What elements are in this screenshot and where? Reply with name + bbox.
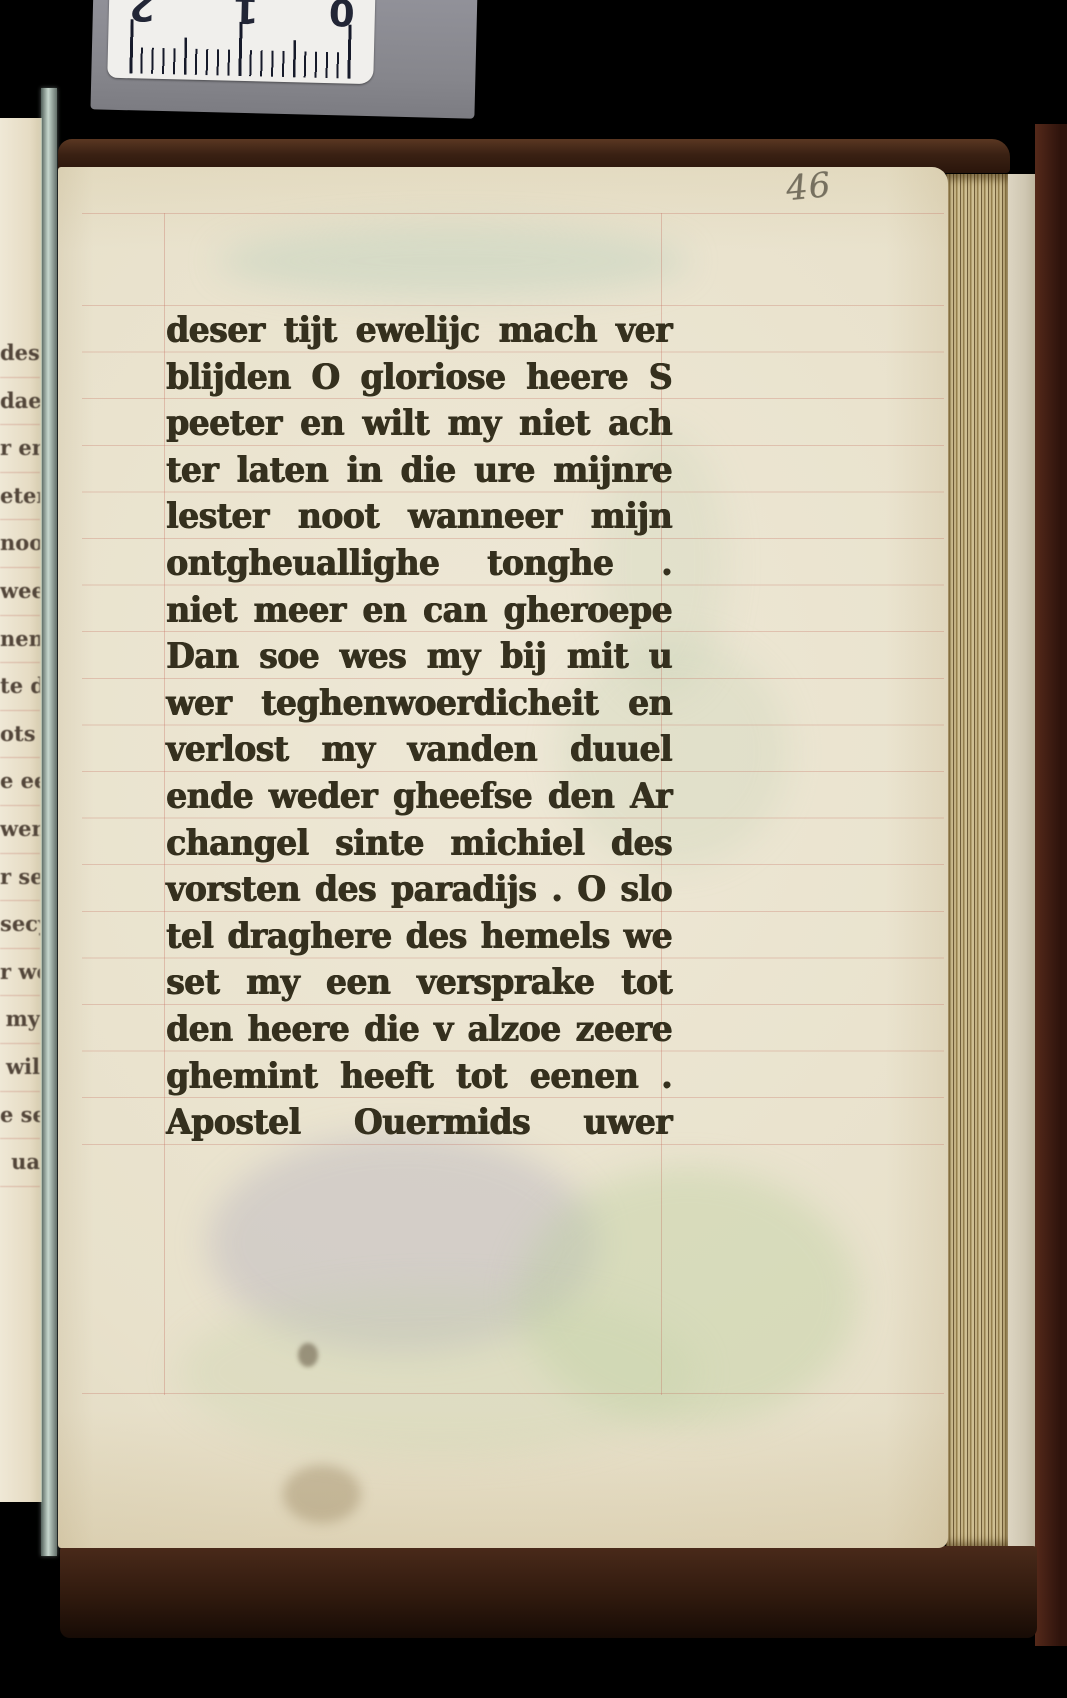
- ruler-ticks: [129, 15, 358, 79]
- ruler-ticks-cm: [129, 19, 358, 79]
- fragment: e se: [0, 1092, 40, 1140]
- script-line: peeter en wilt my niet ach: [166, 400, 672, 448]
- ink-smudge: [298, 1343, 318, 1367]
- fragment: te dye: [0, 663, 40, 711]
- script-line: changel sinte michiel des: [166, 820, 672, 868]
- glass-clamp-strip: [41, 88, 57, 1556]
- book-cover-right-edge: [1035, 124, 1067, 1646]
- script-line: ende weder gheefse den Ar: [166, 773, 672, 821]
- show-through-stain: [178, 1287, 698, 1457]
- fragment: daer m: [0, 378, 40, 426]
- fragment: r ende: [0, 425, 40, 473]
- script-line: deser tijt ewelijc mach ver: [166, 307, 672, 355]
- script-line: lester noot wanneer mijn: [166, 493, 672, 541]
- facing-page-edge: des fi daer m r ende eten . noode weer n…: [0, 118, 42, 1502]
- fragment: des fi: [0, 330, 40, 378]
- script-line: Apostel Ouermids uwer: [166, 1099, 672, 1147]
- folio-number: 46: [784, 165, 833, 210]
- manuscript-photo: 2 1 0 des fi daer m r ende eten . noode …: [0, 0, 1067, 1698]
- script-line: blijden O gloriose heere S: [166, 354, 672, 402]
- script-line: niet meer en can gheroepe: [166, 587, 672, 635]
- calibration-card: 2 1 0: [90, 0, 477, 119]
- stain: [283, 1465, 361, 1523]
- text-block: deser tijt ewelijc mach ver blijden O gl…: [166, 308, 672, 1147]
- fragment: my: [0, 996, 40, 1044]
- fragment: ots .: [0, 711, 40, 759]
- script-line: ghemint heeft tot eenen .: [166, 1053, 672, 1101]
- script-line: Dan soe wes my bij mit u: [166, 633, 672, 681]
- fragment: weer: [0, 568, 40, 616]
- script-line: den heere die v alzoe zeere: [166, 1006, 672, 1054]
- fragment: e een: [0, 758, 40, 806]
- script-line: tel draghere des hemels we: [166, 913, 672, 961]
- fragment: r we: [0, 949, 40, 997]
- manuscript-page: 46 deser tijt ewelijc mach ver blijden O…: [58, 167, 948, 1548]
- fragment: nen .: [0, 616, 40, 664]
- show-through-stain: [218, 225, 688, 297]
- fragment: secy: [0, 901, 40, 949]
- fore-edge-outer-band: [1008, 174, 1036, 1548]
- ruler: 2 1 0: [107, 0, 375, 84]
- fragment: noode: [0, 520, 40, 568]
- script-line: set my een versprake tot: [166, 959, 672, 1007]
- facing-page-fragments: des fi daer m r ende eten . noode weer n…: [0, 330, 40, 1187]
- fragment: r see: [0, 854, 40, 902]
- script-line: ter laten in die ure mijnre: [166, 447, 672, 495]
- margin-rule-left: [164, 213, 165, 1395]
- book-cover-bottom-edge: [60, 1546, 1037, 1638]
- script-line: verlost my vanden duuel: [166, 726, 672, 774]
- script-line: vorsten des paradijs . O slo: [166, 866, 672, 914]
- script-line: wer teghenwoerdicheit en: [166, 680, 672, 728]
- fragment: wenijs: [0, 806, 40, 854]
- page-fore-edge: [946, 174, 1009, 1548]
- frame-rule-bottom: [82, 1393, 944, 1394]
- fragment: eten .: [0, 473, 40, 521]
- fragment: wil: [0, 1044, 40, 1092]
- fragment: ua: [0, 1139, 40, 1187]
- frame-rule-top: [82, 213, 944, 214]
- script-line: ontgheuallighe tonghe .: [166, 540, 672, 588]
